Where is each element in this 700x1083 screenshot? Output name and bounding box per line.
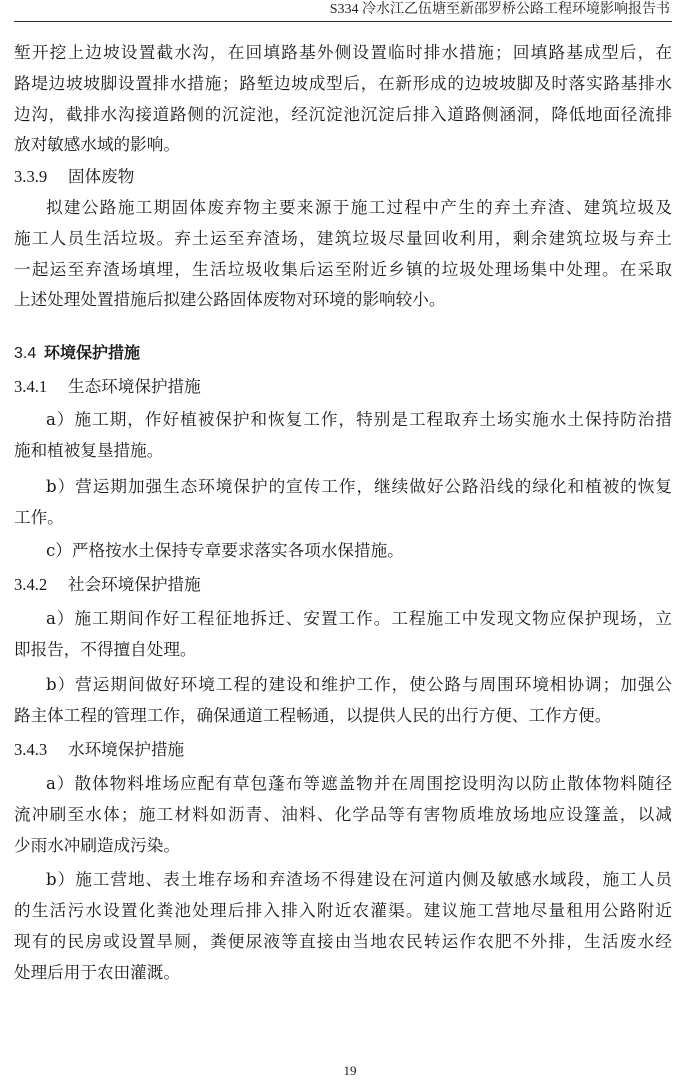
section-title: 环境保护措施 bbox=[44, 343, 140, 362]
section-number: 3.4.1 bbox=[14, 376, 68, 398]
paragraph-line: 的生活污水设置化粪池处理后排入排入附近农灌渠。建议施工营地尽量租用公路附近 bbox=[14, 900, 672, 922]
list-item-a: a）散体物料堆场应配有草包蓬布等遮盖物并在周围挖设明沟以防止散体物料随径 bbox=[14, 773, 672, 795]
page-header: S334 冷水江乙伍塘至新邵罗桥公路工程环境影响报告书 bbox=[14, 0, 672, 22]
paragraph-line: 处理后用于农田灌溉。 bbox=[14, 962, 672, 984]
paragraph-line: 上述处理处置措施后拟建公路固体废物对环境的影响较小。 bbox=[14, 289, 672, 311]
paragraph-line: 即报告，不得擅自处理。 bbox=[14, 639, 672, 661]
paragraph-line: 施和植被复垦措施。 bbox=[14, 440, 672, 462]
paragraph-line: 路主体工程的管理工作，确保通道工程畅通，以提供人民的出行方便、工作方便。 bbox=[14, 705, 672, 727]
paragraph-line: 放对敏感水域的影响。 bbox=[14, 134, 672, 156]
paragraph-line: 现有的民房或设置旱厕，粪便尿液等直接由当地农民转运作农肥不外排，生活废水经 bbox=[14, 931, 672, 953]
section-title: 固体废物 bbox=[68, 167, 134, 186]
paragraph-line: 工作。 bbox=[14, 507, 672, 529]
section-title: 社会环境保护措施 bbox=[68, 575, 201, 594]
paragraph-line: 堑开挖上边坡设置截水沟，在回填路基外侧设置临时排水措施；回填路基成型后，在 bbox=[14, 42, 672, 64]
paragraph-line: 路堤边坡坡脚设置排水措施；路堑边坡成型后，在新形成的边坡坡脚及时落实路基排水 bbox=[14, 73, 672, 95]
list-item-c: c）严格按水土保持专章要求落实各项水保措施。 bbox=[14, 540, 672, 562]
section-number: 3.4 bbox=[14, 343, 44, 365]
section-heading-3-3-9: 3.3.9固体废物 bbox=[14, 166, 672, 188]
section-heading-3-4-3: 3.4.3水环境保护措施 bbox=[14, 739, 672, 761]
section-heading-3-4: 3.4环境保护措施 bbox=[14, 342, 672, 364]
list-item-b: b）施工营地、表土堆存场和弃渣场不得建设在河道内侧及敏感水域段，施工人员 bbox=[14, 869, 672, 891]
list-item-b: b）营运期加强生态环境保护的宣传工作，继续做好公路沿线的绿化和植被的恢复 bbox=[14, 476, 672, 498]
paragraph-line: 拟建公路施工期固体废弃物主要来源于施工过程中产生的弃土弃渣、建筑垃圾及 bbox=[14, 197, 672, 219]
list-item-b: b）营运期间做好环境工程的建设和维护工作，使公路与周围环境相协调；加强公 bbox=[14, 674, 672, 696]
section-title: 生态环境保护措施 bbox=[68, 377, 201, 396]
paragraph-line: 施工人员生活垃圾。弃土运至弃渣场，建筑垃圾尽量回收利用，剩余建筑垃圾与弃土 bbox=[14, 228, 672, 250]
paragraph-line: 少雨水冲刷造成污染。 bbox=[14, 835, 672, 857]
list-item-a: a）施工期，作好植被保护和恢复工作，特别是工程取弃土场实施水土保持防治措 bbox=[14, 409, 672, 431]
paragraph-line: 一起运至弃渣场填埋，生活垃圾收集后运至附近乡镇的垃圾处理场集中处理。在采取 bbox=[14, 259, 672, 281]
section-number: 3.4.2 bbox=[14, 574, 68, 596]
section-number: 3.4.3 bbox=[14, 739, 68, 761]
page-number: 19 bbox=[0, 1063, 700, 1079]
section-heading-3-4-2: 3.4.2社会环境保护措施 bbox=[14, 574, 672, 596]
paragraph-line: 流冲刷至水体；施工材料如沥青、油料、化学品等有害物质堆放场地应设篷盖，以减 bbox=[14, 804, 672, 826]
document-title: S334 冷水江乙伍塘至新邵罗桥公路工程环境影响报告书 bbox=[330, 1, 670, 19]
section-title: 水环境保护措施 bbox=[68, 740, 184, 759]
section-heading-3-4-1: 3.4.1生态环境保护措施 bbox=[14, 376, 672, 398]
section-number: 3.3.9 bbox=[14, 166, 68, 188]
list-item-a: a）施工期间作好工程征地拆迁、安置工作。工程施工中发现文物应保护现场，立 bbox=[14, 608, 672, 630]
paragraph-line: 边沟，截排水沟接道路侧的沉淀池，经沉淀池沉淀后排入道路侧涵洞，降低地面径流排 bbox=[14, 104, 672, 126]
